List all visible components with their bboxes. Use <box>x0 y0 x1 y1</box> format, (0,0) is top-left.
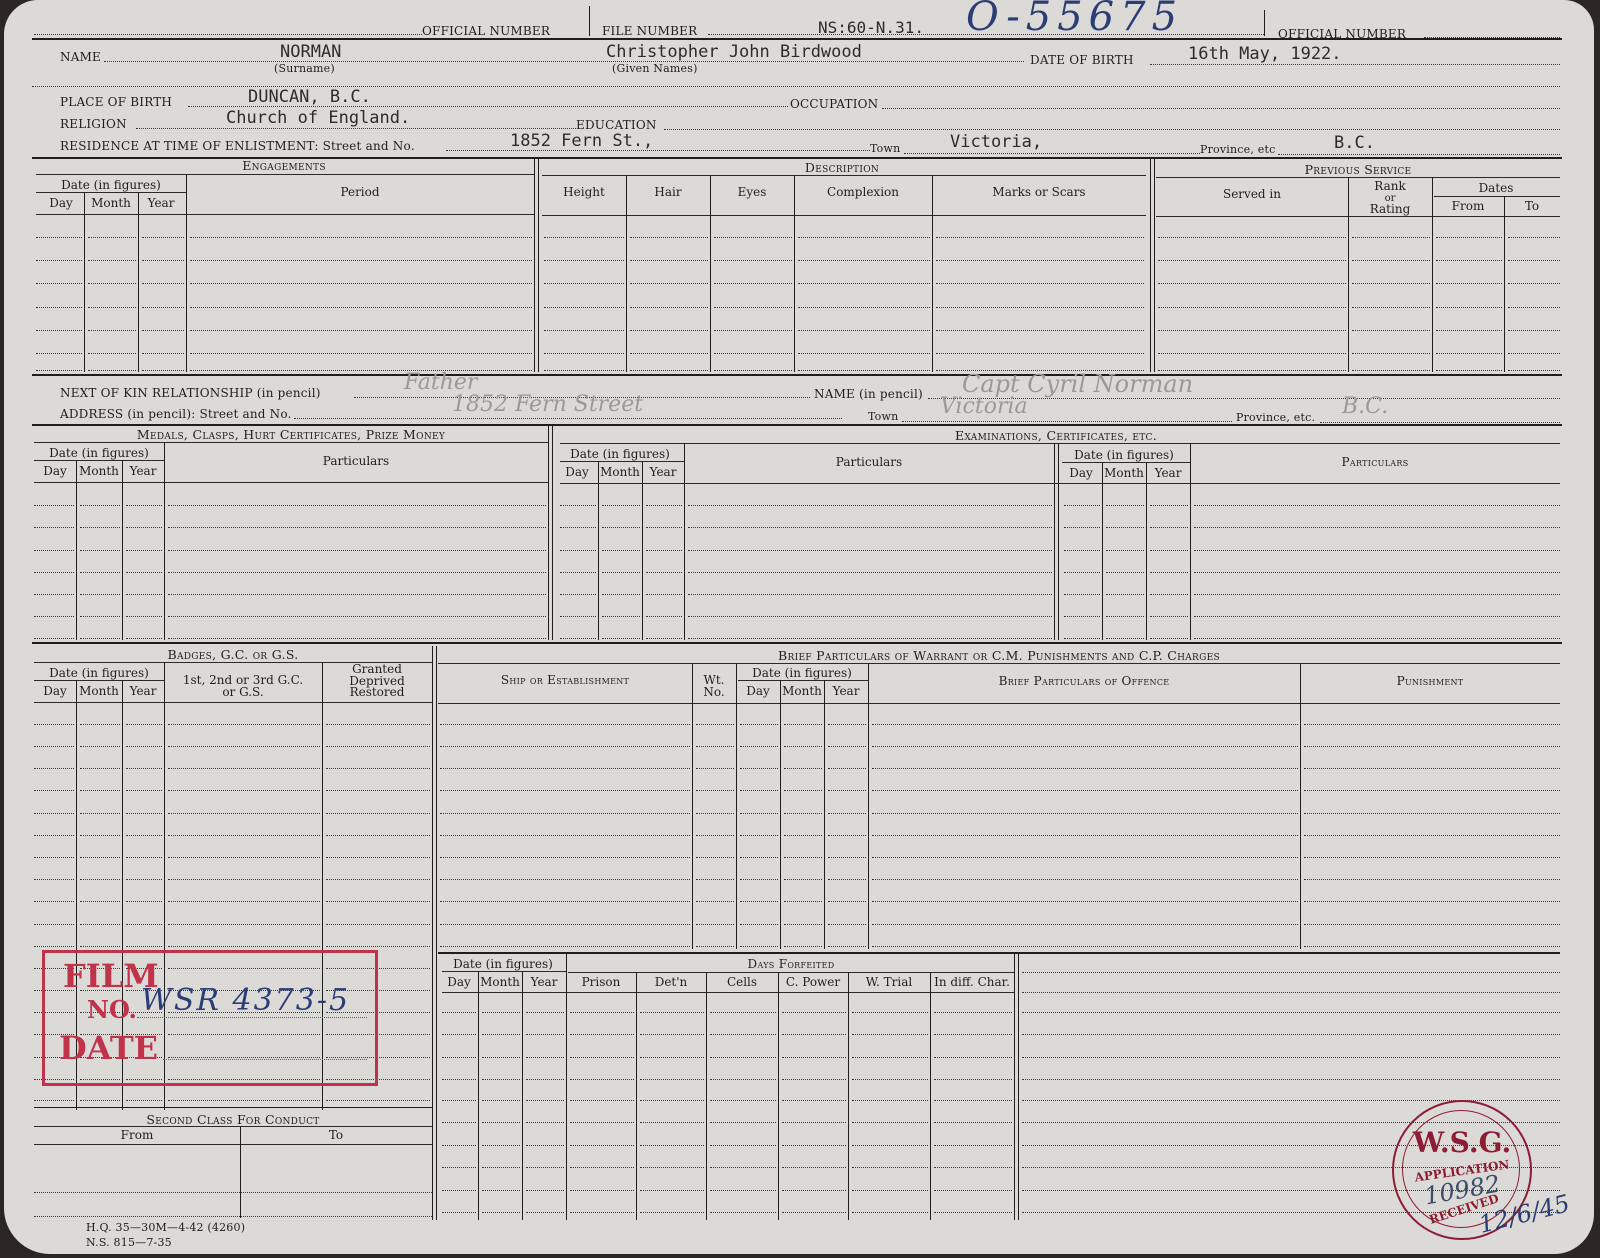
dotted-row <box>646 572 682 573</box>
col-day: Day <box>440 976 478 988</box>
col-divider <box>478 971 479 1220</box>
dotted-row <box>34 924 74 925</box>
dotted-row <box>190 370 532 371</box>
dotted-row <box>34 638 74 639</box>
dotted-row <box>560 638 596 639</box>
dotted-row <box>640 1079 704 1080</box>
dotted-row <box>544 283 624 284</box>
dotted-row <box>784 924 822 925</box>
dotted-row <box>440 813 690 814</box>
dotted-row <box>852 1212 928 1213</box>
col-offence: Brief Particulars of Offence <box>868 675 1300 687</box>
section-rule-2 <box>32 374 1562 376</box>
dotted-row <box>696 946 734 947</box>
dotted-row <box>934 1034 1012 1035</box>
given-names-caption: (Given Names) <box>612 62 698 75</box>
dotted-row <box>34 724 74 725</box>
dotted-row <box>1150 572 1188 573</box>
dotted-row <box>696 813 734 814</box>
dotted-row <box>630 370 708 371</box>
col-month: Month <box>478 976 522 988</box>
dotted-row <box>442 1145 476 1146</box>
days-forfeited-title: Days Forfeited <box>566 958 1016 970</box>
dotted-row <box>80 901 120 902</box>
dotted-row <box>1064 527 1100 528</box>
dotted-row <box>852 1145 928 1146</box>
dotted-row <box>36 237 82 238</box>
col-gc: 1st, 2nd or 3rd G.C. or G.S. <box>164 674 322 698</box>
dotted-row <box>1106 616 1144 617</box>
col-divider <box>522 971 523 1220</box>
dotted-row <box>1436 283 1502 284</box>
dotted-row <box>852 1012 928 1013</box>
dotted-row <box>934 1122 1012 1123</box>
dotted-row <box>326 724 430 725</box>
dotted-row <box>688 638 1052 639</box>
dotted-row <box>602 594 640 595</box>
dotted-row <box>1508 307 1560 308</box>
dotted-row <box>570 1034 634 1035</box>
dotted-row <box>828 724 866 725</box>
dotted-row <box>740 835 778 836</box>
dotted-row <box>710 1190 776 1191</box>
dotted-row <box>570 1145 634 1146</box>
col-divider <box>692 663 693 949</box>
dotted-row <box>142 307 184 308</box>
dotted-row <box>326 901 430 902</box>
dotted-row <box>34 616 74 617</box>
dotted-row <box>526 1145 564 1146</box>
dotted-row <box>526 1012 564 1013</box>
dotted-row <box>688 594 1052 595</box>
dotted-row <box>570 1190 634 1191</box>
residence-town-field <box>904 142 1200 154</box>
dotted-row <box>936 307 1144 308</box>
previous-service-title: Previous Service <box>1156 162 1560 177</box>
second-class-title: Second Class For Conduct <box>34 1112 432 1127</box>
dotted-row <box>1194 505 1560 506</box>
name-field <box>104 50 1024 62</box>
dotted-row <box>1150 616 1188 617</box>
rule <box>568 972 1014 973</box>
given-names-value: Christopher John Birdwood <box>606 42 862 62</box>
dotted-row <box>142 237 184 238</box>
dotted-row <box>560 616 596 617</box>
dotted-row <box>1352 283 1430 284</box>
section-divider <box>1150 158 1155 372</box>
dotted-row <box>80 746 120 747</box>
dotted-row <box>80 924 120 925</box>
col-day: Day <box>556 466 598 478</box>
dotted-row <box>126 790 162 791</box>
rule <box>36 192 186 193</box>
rating-line: Rating <box>1370 202 1411 216</box>
dotted-row <box>34 835 74 836</box>
dotted-row <box>80 835 120 836</box>
col-particulars-2: Particulars <box>1190 456 1560 468</box>
film-no-label: NO. <box>87 995 137 1024</box>
dotted-row <box>1352 330 1430 331</box>
dotted-row <box>798 260 930 261</box>
rule <box>34 482 548 483</box>
col-divider <box>598 461 599 640</box>
dotted-row <box>440 724 690 725</box>
dotted-row <box>482 1079 520 1080</box>
dotted-row <box>442 1212 476 1213</box>
occupation-field <box>882 97 1560 109</box>
dotted-row <box>168 790 320 791</box>
dotted-row <box>872 746 1298 747</box>
dotted-row <box>1106 550 1144 551</box>
dotted-row <box>80 505 120 506</box>
col-month: Month <box>1102 467 1146 479</box>
dotted-row <box>646 505 682 506</box>
dotted-row <box>1352 370 1430 371</box>
col-divider <box>1348 177 1349 372</box>
dotted-row <box>740 768 778 769</box>
col-wt-no: Wt. No. <box>692 674 736 698</box>
col-divider <box>778 972 779 1220</box>
col-to: To <box>1504 200 1560 212</box>
dotted-row <box>34 572 74 573</box>
dotted-row <box>798 283 930 284</box>
examinations-title: Examinations, Certificates, etc. <box>556 428 1556 443</box>
dotted-row <box>442 1100 476 1101</box>
col-divider <box>76 460 77 640</box>
seal-wsg: W.S.G. <box>1394 1126 1530 1159</box>
dotted-row <box>630 353 708 354</box>
dotted-row <box>440 901 690 902</box>
dotted-row <box>828 768 866 769</box>
dotted-row <box>482 1100 520 1101</box>
col-to: To <box>240 1129 432 1141</box>
col-month: Month <box>76 685 122 697</box>
dotted-row <box>1304 857 1560 858</box>
dotted-row <box>710 1100 776 1101</box>
dotted-row <box>482 1167 520 1168</box>
dotted-row <box>570 1012 634 1013</box>
dotted-row <box>80 946 120 947</box>
col-month: Month <box>76 465 122 477</box>
dotted-row <box>80 594 120 595</box>
dotted-row <box>1150 550 1188 551</box>
dotted-row <box>34 857 74 858</box>
dotted-row <box>168 724 320 725</box>
dotted-row <box>126 594 162 595</box>
dotted-row <box>1158 260 1346 261</box>
nok-address-value: 1852 Fern Street <box>452 392 643 417</box>
dotted-row <box>696 768 734 769</box>
rule <box>560 461 684 462</box>
dotted-row <box>710 1034 776 1035</box>
header-divider-right <box>1264 10 1265 36</box>
dotted-row <box>168 527 546 528</box>
col-month: Month <box>598 466 642 478</box>
rule <box>34 1107 432 1108</box>
dotted-row <box>526 1057 564 1058</box>
dotted-row <box>784 946 822 947</box>
col-c-power: C. Power <box>778 976 848 988</box>
dotted-row <box>1064 616 1100 617</box>
dotted-row <box>1150 594 1188 595</box>
section-rule-5 <box>438 952 1560 954</box>
dotted-row <box>872 790 1298 791</box>
dotted-row <box>168 835 320 836</box>
dotted-row <box>714 330 792 331</box>
col-divider <box>122 460 123 640</box>
dotted-row <box>696 746 734 747</box>
dotted-row <box>34 527 74 528</box>
rank-line: Rank <box>1374 179 1405 193</box>
dotted-row <box>544 307 624 308</box>
dotted-row <box>1022 1012 1560 1013</box>
col-divider <box>1102 462 1103 640</box>
dotted-row <box>784 768 822 769</box>
dotted-row <box>1508 330 1560 331</box>
dotted-row <box>1436 353 1502 354</box>
dotted-row <box>784 813 822 814</box>
dotted-row <box>934 1057 1012 1058</box>
punishments-title: Brief Particulars of Warrant or C.M. Pun… <box>438 648 1560 663</box>
col-day: Day <box>36 197 86 209</box>
col-prison: Prison <box>566 976 636 988</box>
nok-town-label: Town <box>868 410 898 423</box>
dotted-row <box>936 283 1144 284</box>
col-year: Year <box>122 685 164 697</box>
dotted-row <box>934 1012 1012 1013</box>
dotted-row <box>1352 237 1430 238</box>
dotted-row <box>88 260 136 261</box>
film-number: WSR 4373-5 <box>141 983 350 1018</box>
col-divider <box>186 174 187 372</box>
rule <box>560 443 1560 444</box>
dotted-row <box>36 260 82 261</box>
col-divider <box>636 972 637 1220</box>
dotted-row <box>784 901 822 902</box>
dotted-row <box>126 879 162 880</box>
dotted-row <box>934 1145 1012 1146</box>
dotted-row <box>936 353 1144 354</box>
dotted-row <box>602 550 640 551</box>
dotted-row <box>784 790 822 791</box>
dotted-row <box>630 237 708 238</box>
dotted-row <box>1106 638 1144 639</box>
dotted-row <box>560 594 596 595</box>
dotted-row <box>88 283 136 284</box>
dotted-row <box>740 901 778 902</box>
dotted-row <box>326 1100 430 1101</box>
rule <box>542 215 1146 216</box>
dotted-row <box>1022 1057 1560 1058</box>
rule <box>36 214 534 215</box>
dotted-row <box>872 724 1298 725</box>
dotted-row <box>34 879 74 880</box>
col-divider <box>930 972 931 1220</box>
dotted-row <box>798 370 930 371</box>
dotted-row <box>544 237 624 238</box>
dotted-row <box>526 1190 564 1191</box>
dotted-row <box>782 1012 846 1013</box>
dotted-row <box>1508 237 1560 238</box>
dotted-row <box>440 835 690 836</box>
col-divider <box>706 972 707 1220</box>
dotted-row <box>646 550 682 551</box>
dotted-row <box>142 330 184 331</box>
dotted-row <box>714 353 792 354</box>
col-divider <box>240 1126 241 1218</box>
header-rule <box>32 38 1562 40</box>
rule <box>738 680 868 681</box>
dotted-row <box>482 1012 520 1013</box>
dotted-row <box>1436 330 1502 331</box>
dotted-row <box>602 572 640 573</box>
dotted-row <box>80 572 120 573</box>
dotted-row <box>602 505 640 506</box>
dotted-row <box>1158 237 1346 238</box>
dotted-row <box>482 1145 520 1146</box>
dotted-row <box>1022 1079 1560 1080</box>
dotted-row <box>88 370 136 371</box>
dotted-row <box>326 768 430 769</box>
dotted-row <box>1436 307 1502 308</box>
dotted-row <box>828 746 866 747</box>
dotted-row <box>640 1100 704 1101</box>
dotted-row <box>326 879 430 880</box>
dotted-row <box>784 835 822 836</box>
section-divider <box>1014 954 1019 1220</box>
dotted-row <box>602 638 640 639</box>
dotted-row <box>570 1100 634 1101</box>
dotted-row <box>630 330 708 331</box>
col-divider <box>1300 663 1301 949</box>
official-number-right-field <box>1424 27 1560 38</box>
dotted-row <box>1304 924 1560 925</box>
religion-value: Church of England. <box>226 108 410 128</box>
dotted-row <box>852 1122 928 1123</box>
dotted-row <box>852 1100 928 1101</box>
dotted-row <box>1158 307 1346 308</box>
col-divider <box>932 175 933 372</box>
dotted-row <box>190 353 532 354</box>
col-divider <box>1054 443 1059 640</box>
col-divider <box>780 680 781 949</box>
dotted-row <box>442 1167 476 1168</box>
dotted-row <box>852 1167 928 1168</box>
dotted-row <box>852 1190 928 1191</box>
exam-date-header-2: Date (in figures) <box>1060 449 1188 461</box>
col-day: Day <box>34 465 76 477</box>
dotted-row <box>88 330 136 331</box>
residence-label: RESIDENCE AT TIME OF ENLISTMENT: Street … <box>60 139 415 153</box>
dotted-row <box>798 330 930 331</box>
dotted-row <box>80 1100 120 1101</box>
dotted-row <box>36 330 82 331</box>
dotted-row <box>1352 260 1430 261</box>
col-divider <box>626 175 627 372</box>
dotted-row <box>934 1100 1012 1101</box>
dotted-row <box>1150 638 1188 639</box>
dotted-row <box>190 260 532 261</box>
dotted-row <box>80 724 120 725</box>
dotted-row <box>1194 638 1560 639</box>
col-ship-or-establishment: Ship or Establishment <box>438 674 692 686</box>
dotted-row <box>326 924 430 925</box>
religion-label: RELIGION <box>60 117 127 131</box>
dotted-row <box>34 505 74 506</box>
dotted-row <box>1022 1100 1560 1101</box>
dotted-row <box>784 746 822 747</box>
dotted-row <box>1194 616 1560 617</box>
restored-line: Restored <box>350 685 405 699</box>
rule <box>542 175 1146 176</box>
file-number-typed: NS:60-N.31. <box>818 18 924 37</box>
dotted-row <box>714 260 792 261</box>
dotted-row <box>326 746 430 747</box>
col-particulars: Particulars <box>684 456 1054 468</box>
dotted-row <box>688 505 1052 506</box>
dotted-row <box>782 1190 846 1191</box>
dotted-row <box>872 946 1298 947</box>
dotted-row <box>168 550 546 551</box>
dotted-row <box>784 857 822 858</box>
dotted-row <box>88 353 136 354</box>
dotted-row <box>714 307 792 308</box>
dotted-row <box>1508 353 1560 354</box>
dotted-row <box>34 1100 74 1101</box>
nok-province-value: B.C. <box>1342 394 1388 419</box>
dotted-row <box>482 1122 520 1123</box>
dotted-row <box>168 813 320 814</box>
col-divider <box>710 175 711 372</box>
col-divider <box>824 680 825 949</box>
dotted-row <box>782 1079 846 1080</box>
dotted-row <box>570 1057 634 1058</box>
dob-value: 16th May, 1922. <box>1188 44 1342 64</box>
dotted-row <box>88 237 136 238</box>
dotted-row <box>126 857 162 858</box>
col-punishment: Punishment <box>1300 675 1560 687</box>
dotted-row <box>126 505 162 506</box>
dotted-row <box>602 616 640 617</box>
rule <box>34 460 164 461</box>
residence-street-value: 1852 Fern St., <box>510 131 653 151</box>
film-date-label: DATE <box>59 1029 158 1067</box>
dotted-row <box>126 527 162 528</box>
dotted-row <box>168 594 546 595</box>
dotted-row <box>936 237 1144 238</box>
film-date-line <box>163 1053 367 1060</box>
rule <box>34 442 548 443</box>
dotted-row <box>602 527 640 528</box>
badges-title: Badges, G.C. or G.S. <box>34 647 432 662</box>
medals-title: Medals, Clasps, Hurt Certificates, Prize… <box>34 427 548 442</box>
col-served-in: Served in <box>1156 188 1348 200</box>
dotted-row <box>190 283 532 284</box>
dotted-row <box>34 901 74 902</box>
col-divider <box>868 663 869 949</box>
dotted-row <box>1304 901 1560 902</box>
dotted-row <box>80 790 120 791</box>
dotted-row <box>872 879 1298 880</box>
dotted-row <box>828 901 866 902</box>
section-divider <box>534 158 539 372</box>
col-from: From <box>1432 200 1504 212</box>
col-w-trial: W. Trial <box>848 976 930 988</box>
dotted-row <box>34 594 74 595</box>
dotted-row <box>440 790 690 791</box>
rule <box>36 174 534 175</box>
dotted-row <box>190 237 532 238</box>
